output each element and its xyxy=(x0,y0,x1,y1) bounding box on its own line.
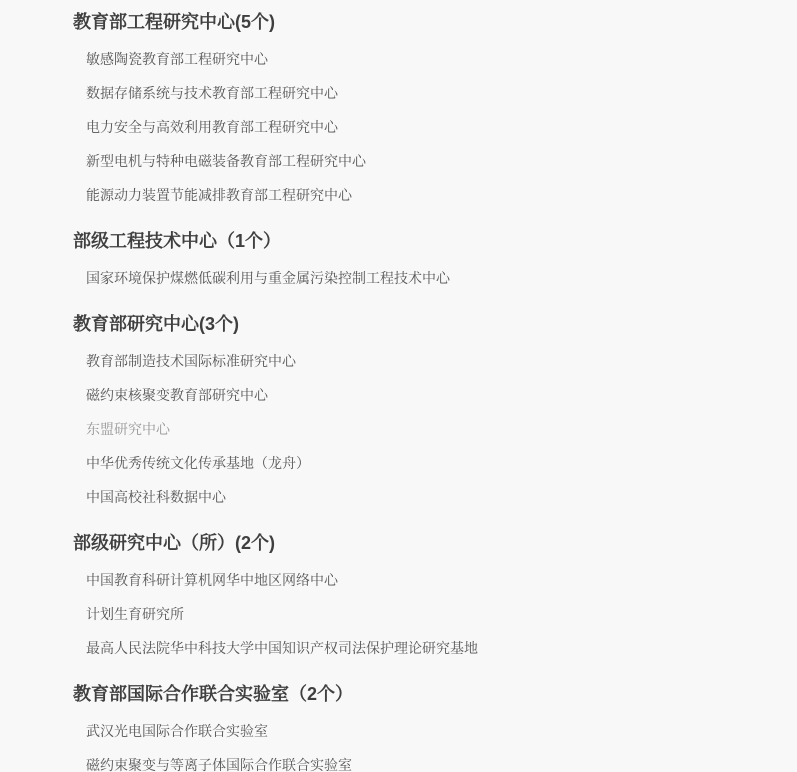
center-list: 中国教育科研计算机网华中地区网络中心计划生育研究所最高人民法院华中科技大学中国知… xyxy=(73,573,767,656)
center-list: 教育部制造技术国际标准研究中心磁约束核聚变教育部研究中心东盟研究中心中华优秀传统… xyxy=(73,354,767,505)
center-list: 敏感陶瓷教育部工程研究中心数据存储系统与技术教育部工程研究中心电力安全与高效利用… xyxy=(73,52,767,203)
center-list-item[interactable]: 武汉光电国际合作联合实验室 xyxy=(86,724,767,739)
research-centers-page: 教育部工程研究中心(5个)敏感陶瓷教育部工程研究中心数据存储系统与技术教育部工程… xyxy=(0,0,797,772)
center-list-item[interactable]: 中华优秀传统文化传承基地（龙舟） xyxy=(86,456,767,471)
center-list-item[interactable]: 新型电机与特种电磁装备教育部工程研究中心 xyxy=(86,154,767,169)
section-title: 教育部工程研究中心(5个) xyxy=(73,12,767,32)
center-list-item[interactable]: 磁约束聚变与等离子体国际合作联合实验室 xyxy=(86,758,767,772)
section-title: 部级工程技术中心（1个） xyxy=(73,231,767,251)
center-list-item[interactable]: 中国高校社科数据中心 xyxy=(86,490,767,505)
center-list-item[interactable]: 中国教育科研计算机网华中地区网络中心 xyxy=(86,573,767,588)
center-list-item[interactable]: 教育部制造技术国际标准研究中心 xyxy=(86,354,767,369)
center-list: 武汉光电国际合作联合实验室磁约束聚变与等离子体国际合作联合实验室 xyxy=(73,724,767,772)
center-list-item[interactable]: 敏感陶瓷教育部工程研究中心 xyxy=(86,52,767,67)
center-list: 国家环境保护煤燃低碳利用与重金属污染控制工程技术中心 xyxy=(73,271,767,286)
center-list-item[interactable]: 数据存储系统与技术教育部工程研究中心 xyxy=(86,86,767,101)
section-title: 教育部国际合作联合实验室（2个） xyxy=(73,684,767,704)
center-list-item[interactable]: 能源动力装置节能减排教育部工程研究中心 xyxy=(86,188,767,203)
section-title: 部级研究中心（所）(2个) xyxy=(73,533,767,553)
center-list-item[interactable]: 计划生育研究所 xyxy=(86,607,767,622)
center-list-item[interactable]: 磁约束核聚变教育部研究中心 xyxy=(86,388,767,403)
center-list-item[interactable]: 东盟研究中心 xyxy=(86,422,767,437)
center-list-item[interactable]: 最高人民法院华中科技大学中国知识产权司法保护理论研究基地 xyxy=(86,641,767,656)
section-title: 教育部研究中心(3个) xyxy=(73,314,767,334)
center-list-item[interactable]: 国家环境保护煤燃低碳利用与重金属污染控制工程技术中心 xyxy=(86,271,767,286)
center-list-item[interactable]: 电力安全与高效利用教育部工程研究中心 xyxy=(86,120,767,135)
